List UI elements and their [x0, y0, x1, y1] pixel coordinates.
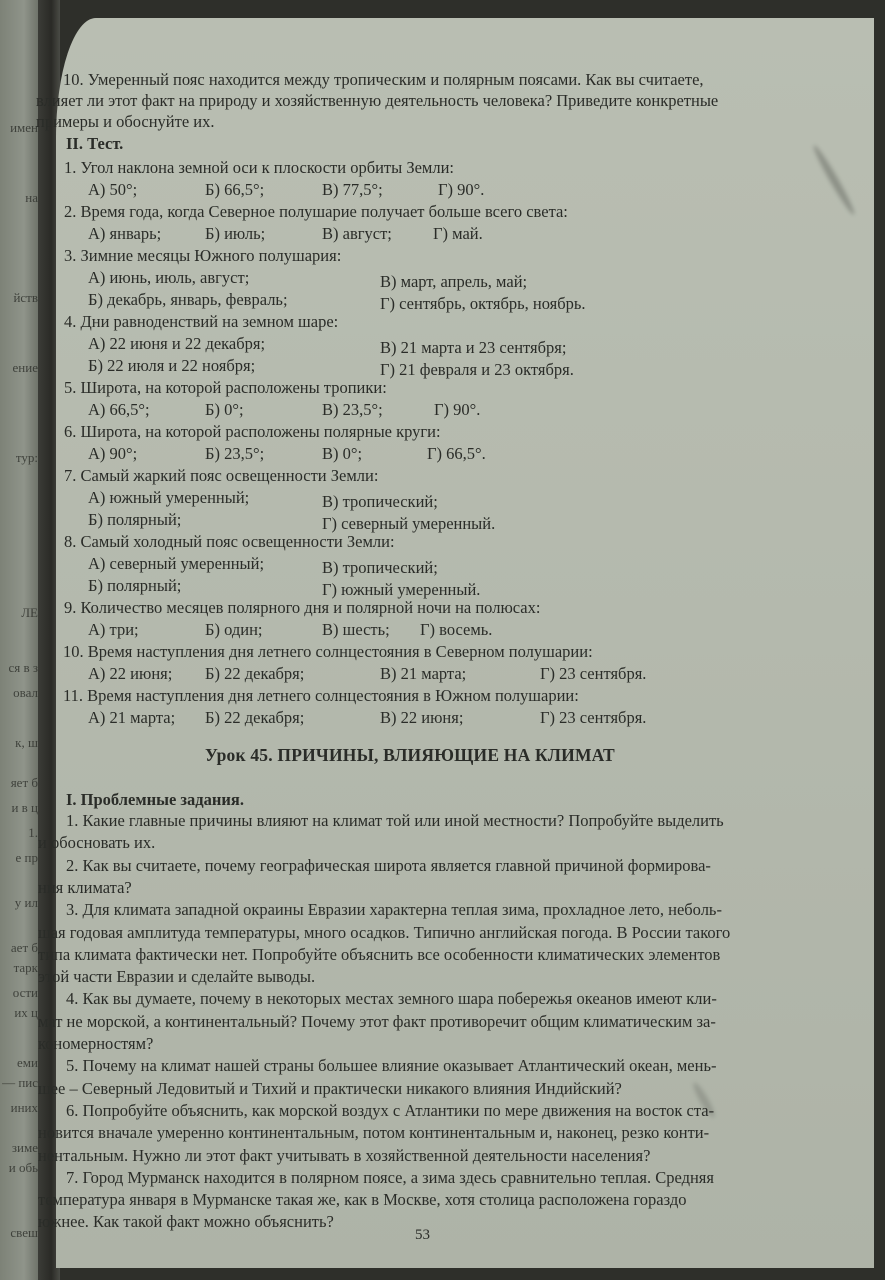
task-line: 3. Для климата западной окраины Евразии …	[66, 899, 722, 921]
test-question: 5. Широта, на которой расположены тропик…	[64, 377, 387, 399]
page-content: 10. Умеренный пояс находится между тропи…	[0, 0, 885, 1280]
answer-option: В) 0°;	[322, 443, 362, 465]
answer-option: А) 50°;	[88, 179, 137, 201]
answer-option: В) тропический;	[322, 491, 438, 513]
section-heading: I. Проблемные задания.	[66, 789, 244, 811]
answer-option: А) 22 июня;	[88, 663, 172, 685]
answer-option: А) 66,5°;	[88, 399, 150, 421]
answer-option: Г) 90°.	[434, 399, 480, 421]
answer-option: Г) 66,5°.	[427, 443, 486, 465]
answer-option: В) 21 марта;	[380, 663, 466, 685]
answer-option: Б) декабрь, январь, февраль;	[88, 289, 288, 311]
test-question: 4. Дни равноденствий на земном шаре:	[64, 311, 338, 333]
answer-option: А) июнь, июль, август;	[88, 267, 249, 289]
answer-option: Б) 22 декабря;	[205, 707, 304, 729]
answer-option: А) северный умеренный;	[88, 553, 264, 575]
task-line: типа климата фактически нет. Попробуйте …	[38, 944, 720, 966]
answer-option: Б) 22 июля и 22 ноября;	[88, 355, 255, 377]
task-line: температура января в Мурманске такая же,…	[38, 1189, 686, 1211]
test-question: 1. Угол наклона земной оси к плоскости о…	[64, 157, 454, 179]
answer-option: В) 77,5°;	[322, 179, 383, 201]
task-line: шее – Северный Ледовитый и Тихий и практ…	[38, 1078, 622, 1100]
answer-option: Б) июль;	[205, 223, 265, 245]
answer-option: В) 22 июня;	[380, 707, 463, 729]
lesson-title: Урок 45. ПРИЧИНЫ, ВЛИЯЮЩИЕ НА КЛИМАТ	[205, 745, 615, 767]
answer-option: Б) 23,5°;	[205, 443, 264, 465]
answer-option: В) 23,5°;	[322, 399, 383, 421]
task-line: и обосновать их.	[38, 832, 155, 854]
test-question: 9. Количество месяцев полярного дня и по…	[64, 597, 540, 619]
answer-option: Б) 66,5°;	[205, 179, 264, 201]
answer-option: А) 21 марта;	[88, 707, 175, 729]
task-line: кономерностям?	[38, 1033, 153, 1055]
task-line: этой части Евразии и сделайте выводы.	[38, 966, 315, 988]
answer-option: А) 22 июня и 22 декабря;	[88, 333, 265, 355]
carryover-line: влияет ли этот факт на природу и хозяйст…	[36, 90, 718, 112]
answer-option: Г) 90°.	[438, 179, 484, 201]
test-question: 3. Зимние месяцы Южного полушария:	[64, 245, 341, 267]
carryover-line: примеры и обоснуйте их.	[36, 111, 215, 133]
answer-option: Б) полярный;	[88, 575, 181, 597]
answer-option: Г) сентябрь, октябрь, ноябрь.	[380, 293, 586, 315]
test-question: 7. Самый жаркий пояс освещенности Земли:	[64, 465, 378, 487]
task-line: шая годовая амплитуда температуры, много…	[38, 922, 730, 944]
answer-option: Г) 23 сентября.	[540, 663, 646, 685]
task-line: 5. Почему на климат нашей страны большее…	[66, 1055, 716, 1077]
answer-option: А) южный умеренный;	[88, 487, 249, 509]
answer-option: В) шесть;	[322, 619, 390, 641]
answer-option: Б) полярный;	[88, 509, 181, 531]
task-line: южнее. Как такой факт можно объяснить?	[38, 1211, 334, 1233]
task-line: 6. Попробуйте объяснить, как морской воз…	[66, 1100, 714, 1122]
answer-option: Г) 23 сентября.	[540, 707, 646, 729]
task-line: мат не морской, а континентальный? Почем…	[38, 1011, 716, 1033]
answer-option: Г) восемь.	[420, 619, 492, 641]
task-line: 7. Город Мурманск находится в полярном п…	[66, 1167, 714, 1189]
answer-option: Б) один;	[205, 619, 263, 641]
answer-option: Б) 0°;	[205, 399, 244, 421]
carryover-line: 10. Умеренный пояс находится между тропи…	[63, 69, 704, 91]
test-question: 6. Широта, на которой расположены полярн…	[64, 421, 441, 443]
task-line: нентальным. Нужно ли этот факт учитывать…	[38, 1145, 650, 1167]
answer-option: А) 90°;	[88, 443, 137, 465]
answer-option: Б) 22 декабря;	[205, 663, 304, 685]
answer-option: В) август;	[322, 223, 392, 245]
answer-option: В) март, апрель, май;	[380, 271, 527, 293]
answer-option: В) 21 марта и 23 сентября;	[380, 337, 566, 359]
task-line: новится вначале умеренно континентальным…	[38, 1122, 709, 1144]
test-heading: II. Тест.	[66, 133, 123, 155]
answer-option: Г) май.	[433, 223, 483, 245]
test-question: 11. Время наступления дня летнего солнце…	[63, 685, 579, 707]
task-line: 1. Какие главные причины влияют на клима…	[66, 810, 724, 832]
test-question: 2. Время года, когда Северное полушарие …	[64, 201, 568, 223]
page-number: 53	[415, 1225, 430, 1247]
answer-option: В) тропический;	[322, 557, 438, 579]
answer-option: Г) 21 февраля и 23 октября.	[380, 359, 574, 381]
test-question: 8. Самый холодный пояс освещенности Земл…	[64, 531, 395, 553]
task-line: 2. Как вы считаете, почему географическа…	[66, 855, 711, 877]
answer-option: А) три;	[88, 619, 139, 641]
task-line: 4. Как вы думаете, почему в некоторых ме…	[66, 988, 717, 1010]
test-question: 10. Время наступления дня летнего солнце…	[63, 641, 593, 663]
task-line: ния климата?	[38, 877, 132, 899]
answer-option: А) январь;	[88, 223, 161, 245]
